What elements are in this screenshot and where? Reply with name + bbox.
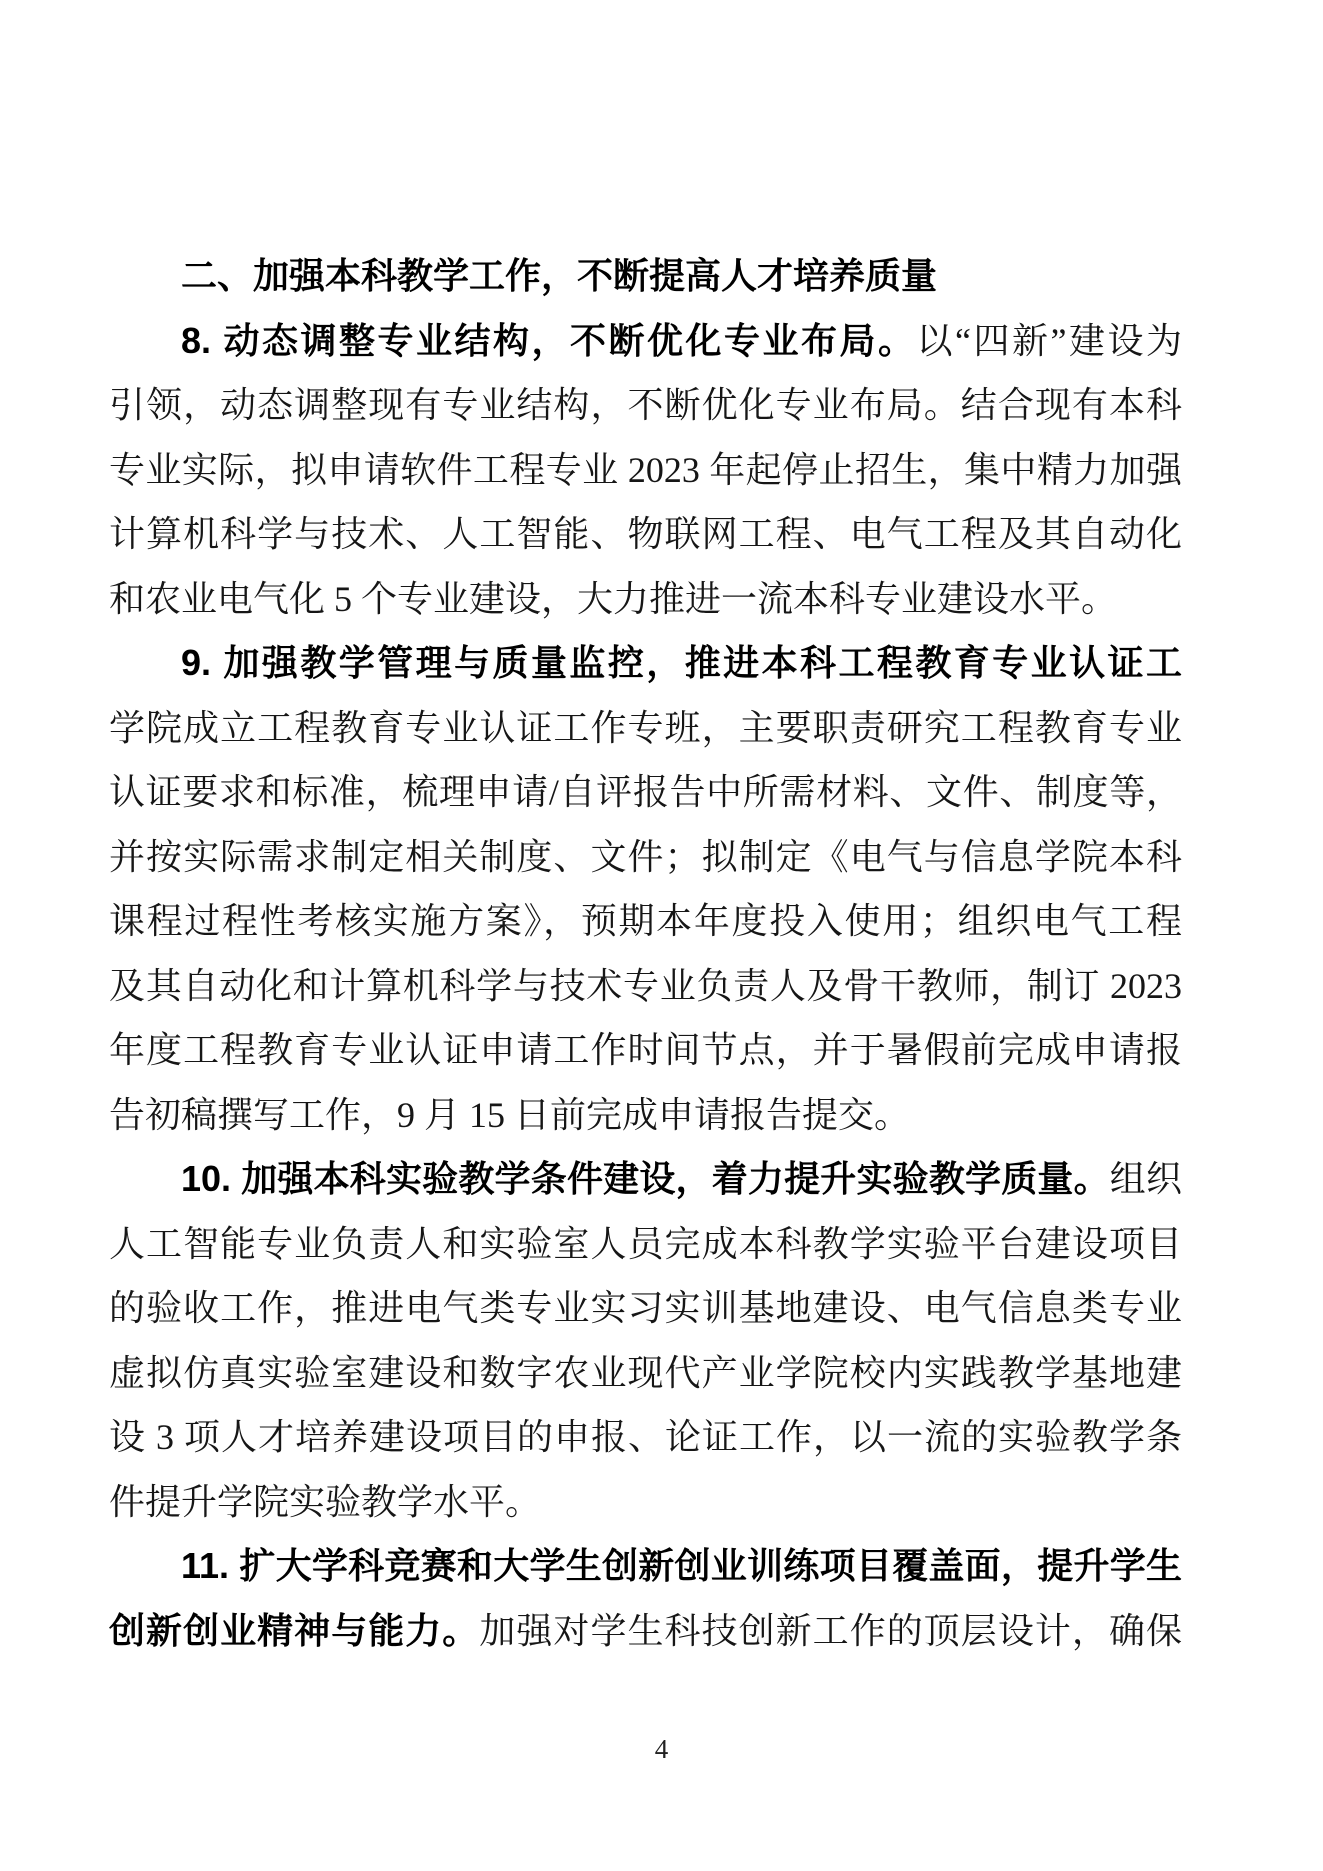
- body-text-run: 计算机科学与技术、人工智能、物联网工程、电气工程及其自动化: [109, 514, 1182, 554]
- body-text-run: 加强对学生科技创新工作的顶层设计，确保: [479, 1611, 1182, 1651]
- bold-text-run: 创新创业精神与能力。: [109, 1610, 479, 1651]
- text-line: 设 3 项人才培养建设项目的申报、论证工作，以一流的实验教学条: [109, 1405, 1182, 1470]
- body-text-run: 和农业电气化 5 个专业建设，大力推进一流本科专业建设水平。: [109, 579, 1117, 619]
- text-line: 和农业电气化 5 个专业建设，大力推进一流本科专业建设水平。: [109, 567, 1182, 632]
- page-number: 4: [655, 1734, 669, 1764]
- text-line: 二、加强本科教学工作，不断提高人才培养质量: [109, 244, 1182, 309]
- bold-text-run: 11. 扩大学科竞赛和大学生创新创业训练项目覆盖面，提升学生: [181, 1545, 1182, 1586]
- text-line: 课程过程性考核实施方案》，预期本年度投入使用；组织电气工程: [109, 889, 1182, 954]
- text-line: 11. 扩大学科竞赛和大学生创新创业训练项目覆盖面，提升学生: [109, 1534, 1182, 1599]
- body-text-run: 专业实际，拟申请软件工程专业 2023 年起停止招生，集中精力加强: [109, 450, 1182, 490]
- text-line: 计算机科学与技术、人工智能、物联网工程、电气工程及其自动化: [109, 502, 1182, 567]
- text-line: 年度工程教育专业认证申请工作时间节点，并于暑假前完成申请报: [109, 1018, 1182, 1083]
- body-text-run: 年度工程教育专业认证申请工作时间节点，并于暑假前完成申请报: [109, 1030, 1182, 1070]
- body-text-run: 及其自动化和计算机科学与技术专业负责人及骨干教师，制订 2023: [109, 966, 1182, 1006]
- text-line: 10. 加强本科实验教学条件建设，着力提升实验教学质量。组织: [109, 1147, 1182, 1212]
- text-line: 认证要求和标准，梳理申请/自评报告中所需材料、文件、制度等，: [109, 760, 1182, 825]
- text-line: 及其自动化和计算机科学与技术专业负责人及骨干教师，制订 2023: [109, 954, 1182, 1019]
- text-line: 件提升学院实验教学水平。: [109, 1470, 1182, 1535]
- text-line: 并按实际需求制定相关制度、文件；拟制定《电气与信息学院本科: [109, 825, 1182, 890]
- text-line: 引领，动态调整现有专业结构，不断优化专业布局。结合现有本科: [109, 373, 1182, 438]
- body-text-run: 以“四新”建设为: [917, 321, 1182, 361]
- body-text-run: 设 3 项人才培养建设项目的申报、论证工作，以一流的实验教学条: [109, 1417, 1182, 1457]
- text-line: 学院成立工程教育专业认证工作专班，主要职责研究工程教育专业: [109, 696, 1182, 761]
- page-footer: 4: [0, 1734, 1323, 1765]
- text-line: 9. 加强教学管理与质量监控，推进本科工程教育专业认证工作。: [109, 631, 1182, 696]
- text-line: 专业实际，拟申请软件工程专业 2023 年起停止招生，集中精力加强: [109, 438, 1182, 503]
- body-text-run: 学院成立工程教育专业认证工作专班，主要职责研究工程教育专业: [109, 708, 1182, 748]
- document-body: 二、加强本科教学工作，不断提高人才培养质量8. 动态调整专业结构，不断优化专业布…: [109, 244, 1182, 1663]
- text-line: 的验收工作，推进电气类专业实习实训基地建设、电气信息类专业: [109, 1276, 1182, 1341]
- text-line: 人工智能专业负责人和实验室人员完成本科教学实验平台建设项目: [109, 1212, 1182, 1277]
- body-text-run: 认证要求和标准，梳理申请/自评报告中所需材料、文件、制度等，: [109, 772, 1182, 812]
- text-line: 虚拟仿真实验室建设和数字农业现代产业学院校内实践教学基地建: [109, 1341, 1182, 1406]
- body-text-run: 告初稿撰写工作，9 月 15 日前完成申请报告提交。: [109, 1095, 910, 1135]
- text-line: 创新创业精神与能力。加强对学生科技创新工作的顶层设计，确保: [109, 1599, 1182, 1664]
- body-text-run: 引领，动态调整现有专业结构，不断优化专业布局。结合现有本科: [109, 385, 1182, 425]
- text-line: 8. 动态调整专业结构，不断优化专业布局。以“四新”建设为: [109, 309, 1182, 374]
- bold-text-run: 二、加强本科教学工作，不断提高人才培养质量: [181, 255, 937, 296]
- bold-text-run: 9. 加强教学管理与质量监控，推进本科工程教育专业认证工作。: [181, 642, 1182, 696]
- bold-text-run: 8. 动态调整专业结构，不断优化专业布局。: [181, 320, 917, 361]
- body-text-run: 虚拟仿真实验室建设和数字农业现代产业学院校内实践教学基地建: [109, 1353, 1182, 1393]
- text-line: 告初稿撰写工作，9 月 15 日前完成申请报告提交。: [109, 1083, 1182, 1148]
- body-text-run: 并按实际需求制定相关制度、文件；拟制定《电气与信息学院本科: [109, 837, 1182, 877]
- body-text-run: 课程过程性考核实施方案》，预期本年度投入使用；组织电气工程: [109, 901, 1182, 941]
- document-page: 二、加强本科教学工作，不断提高人才培养质量8. 动态调整专业结构，不断优化专业布…: [0, 0, 1323, 1871]
- body-text-run: 人工智能专业负责人和实验室人员完成本科教学实验平台建设项目: [109, 1224, 1182, 1264]
- body-text-run: 件提升学院实验教学水平。: [109, 1482, 541, 1522]
- body-text-run: 组织: [1110, 1159, 1182, 1199]
- body-text-run: 的验收工作，推进电气类专业实习实训基地建设、电气信息类专业: [109, 1288, 1182, 1328]
- bold-text-run: 10. 加强本科实验教学条件建设，着力提升实验教学质量。: [181, 1158, 1110, 1199]
